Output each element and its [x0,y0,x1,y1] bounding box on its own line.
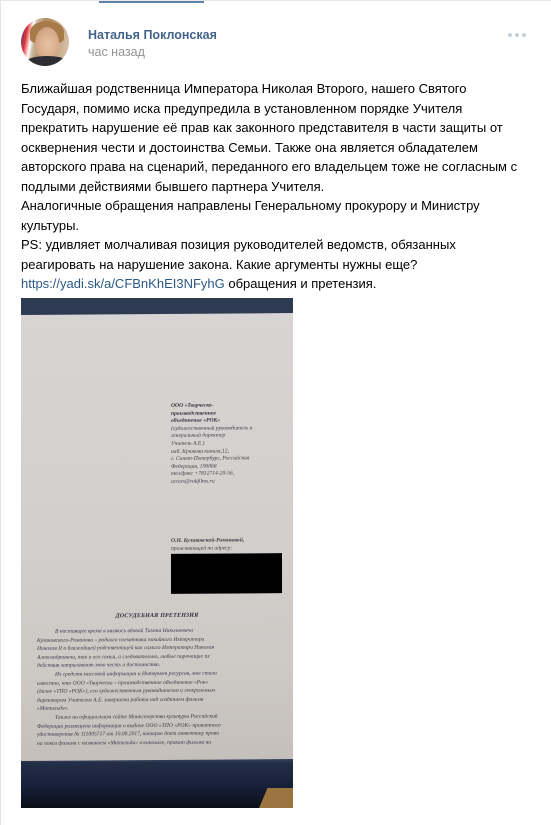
author-name-link[interactable]: Наталья Поклонская [88,28,217,42]
post-text-line: Аналогичные обращения направлены Генерал… [21,196,531,216]
post-text: Ближайшая родственница Императора Никола… [21,79,531,294]
post-text-line: прекратить нарушение её прав как законно… [21,118,531,138]
link-suffix: обращения и претензия. [225,276,377,291]
post-time[interactable]: час назад [88,45,145,59]
post-card: Наталья Поклонская час назад Ближайшая р… [0,0,551,825]
post-text-line: подлыми действиями бывшего партнера Учит… [21,177,531,197]
document-body: В настоящее время я являюсь вдовой Тихон… [37,626,287,748]
yadisk-link[interactable]: https://yadi.sk/a/CFBnKhEI3NFyhG [21,276,225,291]
doc-line: на показ фильма с названием «Матильда» в… [37,738,287,748]
redacted-address [171,553,282,594]
avatar[interactable] [21,18,69,66]
attached-photo[interactable]: ООО «Творческо- производственное объедин… [21,298,293,808]
document-sender-address: ООО «Творческо- производственное объедин… [171,402,291,486]
more-options-button[interactable] [505,29,529,41]
avatar-shoulders [25,56,69,66]
post-text-line: осквернения чести и достоинства Семьи. Т… [21,138,531,158]
post-header: Наталья Поклонская час назад [21,15,531,69]
post-text-line: культуры. [21,216,531,236]
active-tab-indicator [99,1,204,3]
post-text-link-line: https://yadi.sk/a/CFBnKhEI3NFyhG обращен… [21,274,531,294]
ellipsis-icon [508,33,512,37]
post-text-line: авторского права на сценарий, переданног… [21,157,531,177]
doc-line: проживающей по адресу: [171,545,293,553]
document-paper: ООО «Творческо- производственное объедин… [21,313,293,761]
document-title: ДОСУДЕБНАЯ ПРЕТЕНЗИЯ [21,612,293,620]
post-text-line: Ближайшая родственница Императора Никола… [21,79,531,99]
desk-surface [21,762,293,808]
ellipsis-icon [515,33,519,37]
post-text-line: Государя, помимо иска предупредила в уст… [21,99,531,119]
document-recipient: О.Н. Куликовской-Романовой, проживающей … [171,537,293,553]
doc-line: actors@rokfilms.ru [171,478,291,486]
ellipsis-icon [522,33,526,37]
post-text-line: реагировать на нарушение закона. Какие а… [21,255,531,275]
avatar-face [35,27,59,59]
post-text-line: PS: удивляет молчаливая позиция руководи… [21,235,531,255]
